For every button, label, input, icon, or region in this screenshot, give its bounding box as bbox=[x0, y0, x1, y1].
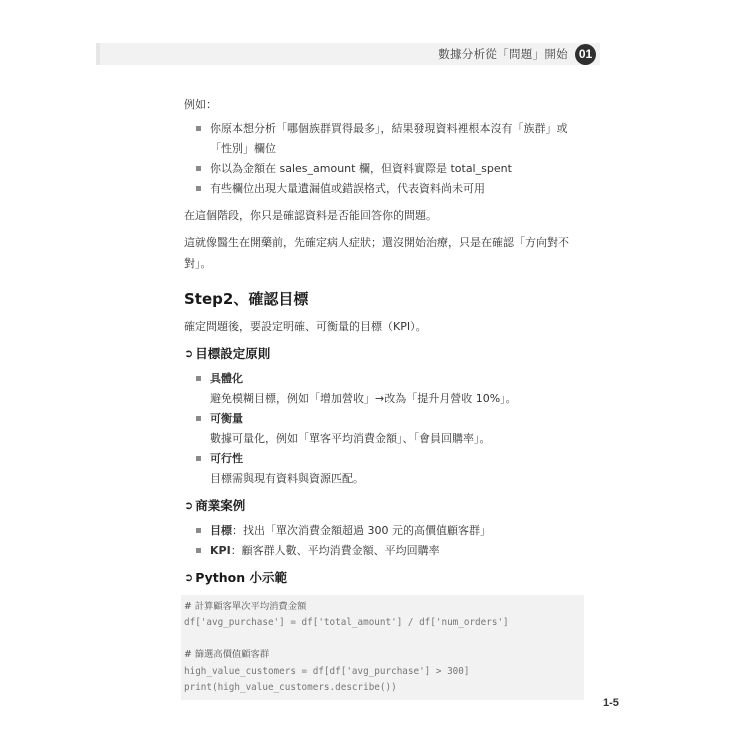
principle-description: 數據可量化，例如「單客平均消費金額」、「會員回購率」。 bbox=[210, 429, 584, 449]
code-line: high_value_customers = df[df['avg_purcha… bbox=[184, 664, 580, 680]
square-bullet-icon bbox=[196, 548, 201, 553]
step2-description: 確定問題後，要設定明確、可衡量的目標（KPI）。 bbox=[184, 316, 584, 337]
principles-heading: ➲目標設定原則 bbox=[184, 343, 584, 365]
code-block: # 計算顧客單次平均消費金額 df['avg_purchase'] = df['… bbox=[181, 595, 584, 700]
python-demo-heading-text: Python 小示範 bbox=[195, 570, 287, 585]
page-number: 1-5 bbox=[603, 697, 619, 709]
list-item-text: 你原本想分析「哪個族群買得最多」，結果發現資料裡根本沒有「族群」或「性別」欄位 bbox=[210, 122, 568, 155]
square-bullet-icon bbox=[196, 166, 201, 171]
case-label: KPI bbox=[210, 544, 231, 557]
circle-arrow-icon: ➲ bbox=[184, 567, 193, 589]
list-item: 你以為金額在 sales_amount 欄，但資料實際是 total_spent bbox=[196, 159, 584, 179]
principle-title: 可行性 bbox=[210, 449, 584, 469]
square-bullet-icon bbox=[196, 186, 201, 191]
list-item-text: 你以為金額在 sales_amount 欄，但資料實際是 total_spent bbox=[210, 162, 512, 175]
code-comment: # 計算顧客單次平均消費金額 bbox=[184, 599, 580, 615]
square-bullet-icon bbox=[196, 126, 201, 131]
case-text: ：找出「單次消費金額超過 300 元的高價值顧客群」 bbox=[232, 524, 491, 537]
square-bullet-icon bbox=[196, 416, 201, 421]
code-blank-line bbox=[184, 631, 580, 647]
chapter-title: 數據分析從「問題」開始 bbox=[438, 46, 568, 62]
intro-paragraph-2: 這就像醫生在開藥前，先確定病人症狀；還沒開始治療，只是在確認「方向對不對」。 bbox=[184, 232, 584, 274]
principle-title: 可衡量 bbox=[210, 409, 584, 429]
business-case-heading: ➲商業案例 bbox=[184, 495, 584, 517]
business-case-heading-text: 商業案例 bbox=[195, 498, 245, 513]
principles-list: 具體化 避免模糊目標，例如「增加營收」→改為「提升月營收 10%」。 可衡量 數… bbox=[184, 369, 584, 489]
chapter-header-bar: 數據分析從「問題」開始 01 bbox=[96, 43, 600, 65]
circle-arrow-icon: ➲ bbox=[184, 495, 193, 517]
list-item: 可行性 目標需與現有資料與資源匹配。 bbox=[196, 449, 584, 489]
square-bullet-icon bbox=[196, 456, 201, 461]
list-item-text: 有些欄位出現大量遺漏值或錯誤格式，代表資料尚未可用 bbox=[210, 182, 485, 195]
circle-arrow-icon: ➲ bbox=[184, 343, 193, 365]
step2-heading: Step2、確認目標 bbox=[184, 286, 584, 312]
intro-lead: 例如： bbox=[184, 94, 584, 115]
list-item: 可衡量 數據可量化，例如「單客平均消費金額」、「會員回購率」。 bbox=[196, 409, 584, 449]
case-label: 目標 bbox=[210, 524, 232, 537]
square-bullet-icon bbox=[196, 528, 201, 533]
principles-heading-text: 目標設定原則 bbox=[195, 346, 270, 361]
code-line: df['avg_purchase'] = df['total_amount'] … bbox=[184, 615, 580, 631]
code-line: print(high_value_customers.describe()) bbox=[184, 680, 580, 696]
list-item: 具體化 避免模糊目標，例如「增加營收」→改為「提升月營收 10%」。 bbox=[196, 369, 584, 409]
case-text: ：顧客群人數、平均消費金額、平均回購率 bbox=[231, 544, 440, 557]
page-content: 例如： 你原本想分析「哪個族群買得最多」，結果發現資料裡根本沒有「族群」或「性別… bbox=[184, 94, 584, 700]
code-comment: # 篩選高價值顧客群 bbox=[184, 647, 580, 663]
principle-title: 具體化 bbox=[210, 369, 584, 389]
business-case-list: 目標：找出「單次消費金額超過 300 元的高價值顧客群」 KPI：顧客群人數、平… bbox=[184, 521, 584, 561]
python-demo-heading: ➲Python 小示範 bbox=[184, 567, 584, 589]
intro-paragraph-1: 在這個階段，你只是確認資料是否能回答你的問題。 bbox=[184, 205, 584, 226]
principle-description: 避免模糊目標，例如「增加營收」→改為「提升月營收 10%」。 bbox=[210, 389, 584, 409]
square-bullet-icon bbox=[196, 376, 201, 381]
list-item: KPI：顧客群人數、平均消費金額、平均回購率 bbox=[196, 541, 584, 561]
list-item: 目標：找出「單次消費金額超過 300 元的高價值顧客群」 bbox=[196, 521, 584, 541]
intro-bullet-list: 你原本想分析「哪個族群買得最多」，結果發現資料裡根本沒有「族群」或「性別」欄位 … bbox=[184, 119, 584, 199]
chapter-number-badge: 01 bbox=[575, 44, 596, 65]
list-item: 有些欄位出現大量遺漏值或錯誤格式，代表資料尚未可用 bbox=[196, 179, 584, 199]
principle-description: 目標需與現有資料與資源匹配。 bbox=[210, 469, 584, 489]
list-item: 你原本想分析「哪個族群買得最多」，結果發現資料裡根本沒有「族群」或「性別」欄位 bbox=[196, 119, 584, 159]
